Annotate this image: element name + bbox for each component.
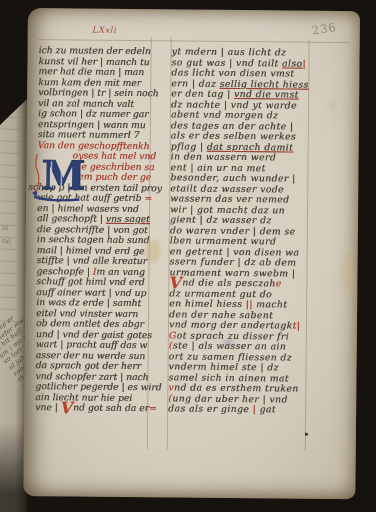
ruling-line-horizontal [38,39,350,43]
rubricated-text: t| [293,321,301,332]
rubricated-text: G [169,330,177,341]
manuscript-page: LXxli 236 ich zu musten der edelnkunst v… [23,8,360,499]
parchment-stain [327,101,337,111]
page-number: 236 [311,20,338,38]
ink-text: das als er ginge [168,403,253,415]
text-column-right: yt mdern | aus licht dzso gut was | vnd … [168,47,314,416]
facing-page-ink-marks: nltu| [2,222,11,248]
margin-mark: nl [2,222,11,235]
ink-dot [305,433,308,436]
margin-mark: tu| [2,235,11,248]
chapter-mark: LXxli [82,26,128,36]
parchment-stain [146,239,161,263]
parchment-stain [340,251,353,293]
text-line: vne | Vnd got sah da er= [35,403,149,415]
initial-flourish-art: M [30,149,88,202]
ink-text: also [282,58,303,69]
ink-text: nd got sah da er [73,402,149,414]
rubricated-text: | [302,58,306,69]
initial-letter: M [41,152,86,199]
rubricated-text: = [149,403,157,414]
ink-text: gat [256,404,276,415]
ink-smudge-blue [224,339,233,347]
illuminated-initial: M [30,149,88,202]
text-column-left: ich zu musten der edelnkunst vil her | m… [35,46,153,415]
rubricated-text: V [61,398,74,417]
rubricated-text: e [276,278,282,289]
ink-text: vne | [35,402,61,413]
rubricated-text: = [144,193,152,204]
photo-background: { "folio": { "page_number": "236", "chap… [0,0,376,512]
text-line: das als er ginge | gat [168,404,310,416]
